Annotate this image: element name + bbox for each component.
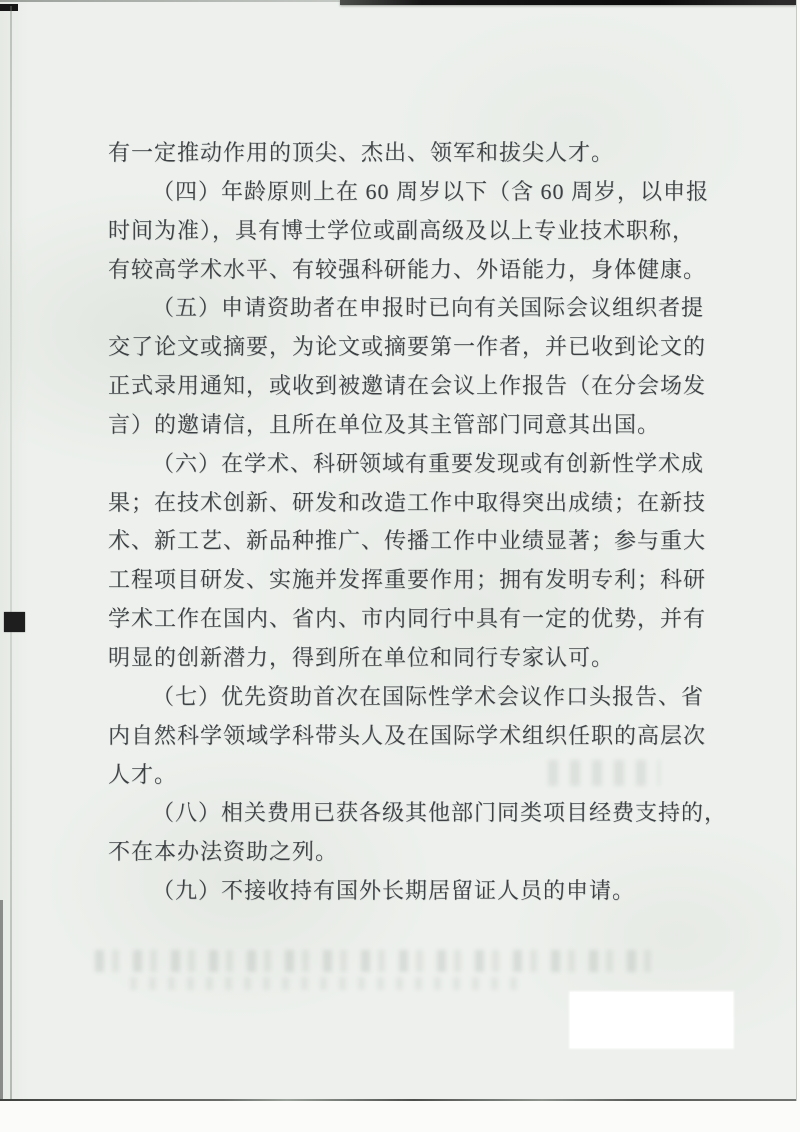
scan-background: { "page": { "kind": "scanned-document-pa… — [0, 0, 800, 1132]
text-line: （六）在学术、科研领域有重要发现或有创新性学术成 — [108, 445, 708, 484]
whiteout-patch — [570, 992, 733, 1048]
text-line: （八）相关费用已获各级其他部门同类项目经费支持的， — [108, 794, 708, 833]
left-margin-tab-mark — [4, 612, 25, 632]
top-left-corner-mark — [0, 4, 18, 11]
text-line: 有一定推动作用的顶尖、杰出、领军和拔尖人才。 — [108, 134, 708, 173]
text-line: 时间为准），具有博士学位或副高级及以上专业技术职称， — [108, 212, 708, 251]
document-page: 有一定推动作用的顶尖、杰出、领军和拔尖人才。（四）年龄原则上在 60 周岁以下（… — [0, 0, 797, 1101]
text-line: 不在本办法资助之列。 — [108, 833, 708, 872]
left-edge-crease — [10, 6, 12, 1099]
left-edge-shadow — [0, 900, 3, 1101]
text-line: 学术工作在国内、省内、市内同行中具有一定的优势，并有 — [108, 600, 708, 639]
text-line: 明显的创新潜力，得到所在单位和同行专家认可。 — [108, 639, 708, 678]
text-line: （四）年龄原则上在 60 周岁以下（含 60 周岁，以申报 — [108, 173, 708, 212]
top-edge-shadow-left — [0, 0, 342, 2]
text-line: 言）的邀请信，且所在单位及其主管部门同意其出国。 — [108, 406, 708, 445]
text-line: 术、新工艺、新品种推广、传播工作中业绩显著；参与重大 — [108, 522, 708, 561]
text-line: （九）不接收持有国外长期居留证人员的申请。 — [108, 872, 708, 911]
bottom-page-edge — [0, 1099, 796, 1102]
text-line: 工程项目研发、实施并发挥重要作用；拥有发明专利；科研 — [108, 561, 708, 600]
text-line: 果；在技术创新、研发和改造工作中取得突出成绩；在新技 — [108, 484, 708, 523]
top-edge-shadow-right — [340, 0, 796, 5]
bleedthrough-smudge — [95, 950, 655, 972]
text-line: （七）优先资助首次在国际性学术会议作口头报告、省 — [108, 678, 708, 717]
text-line: （五）申请资助者在申报时已向有关国际会议组织者提 — [108, 289, 708, 328]
bleedthrough-smudge — [130, 977, 520, 990]
text-line: 内自然科学领域学科带头人及在国际学术组织任职的高层次 — [108, 717, 708, 756]
text-line: 人才。 — [108, 756, 708, 795]
text-line: 正式录用通知，或收到被邀请在会议上作报告（在分会场发 — [108, 367, 708, 406]
text-line: 有较高学术水平、有较强科研能力、外语能力，身体健康。 — [108, 251, 708, 290]
text-line: 交了论文或摘要，为论文或摘要第一作者，并已收到论文的 — [108, 328, 708, 367]
document-text: 有一定推动作用的顶尖、杰出、领军和拔尖人才。（四）年龄原则上在 60 周岁以下（… — [108, 134, 708, 911]
